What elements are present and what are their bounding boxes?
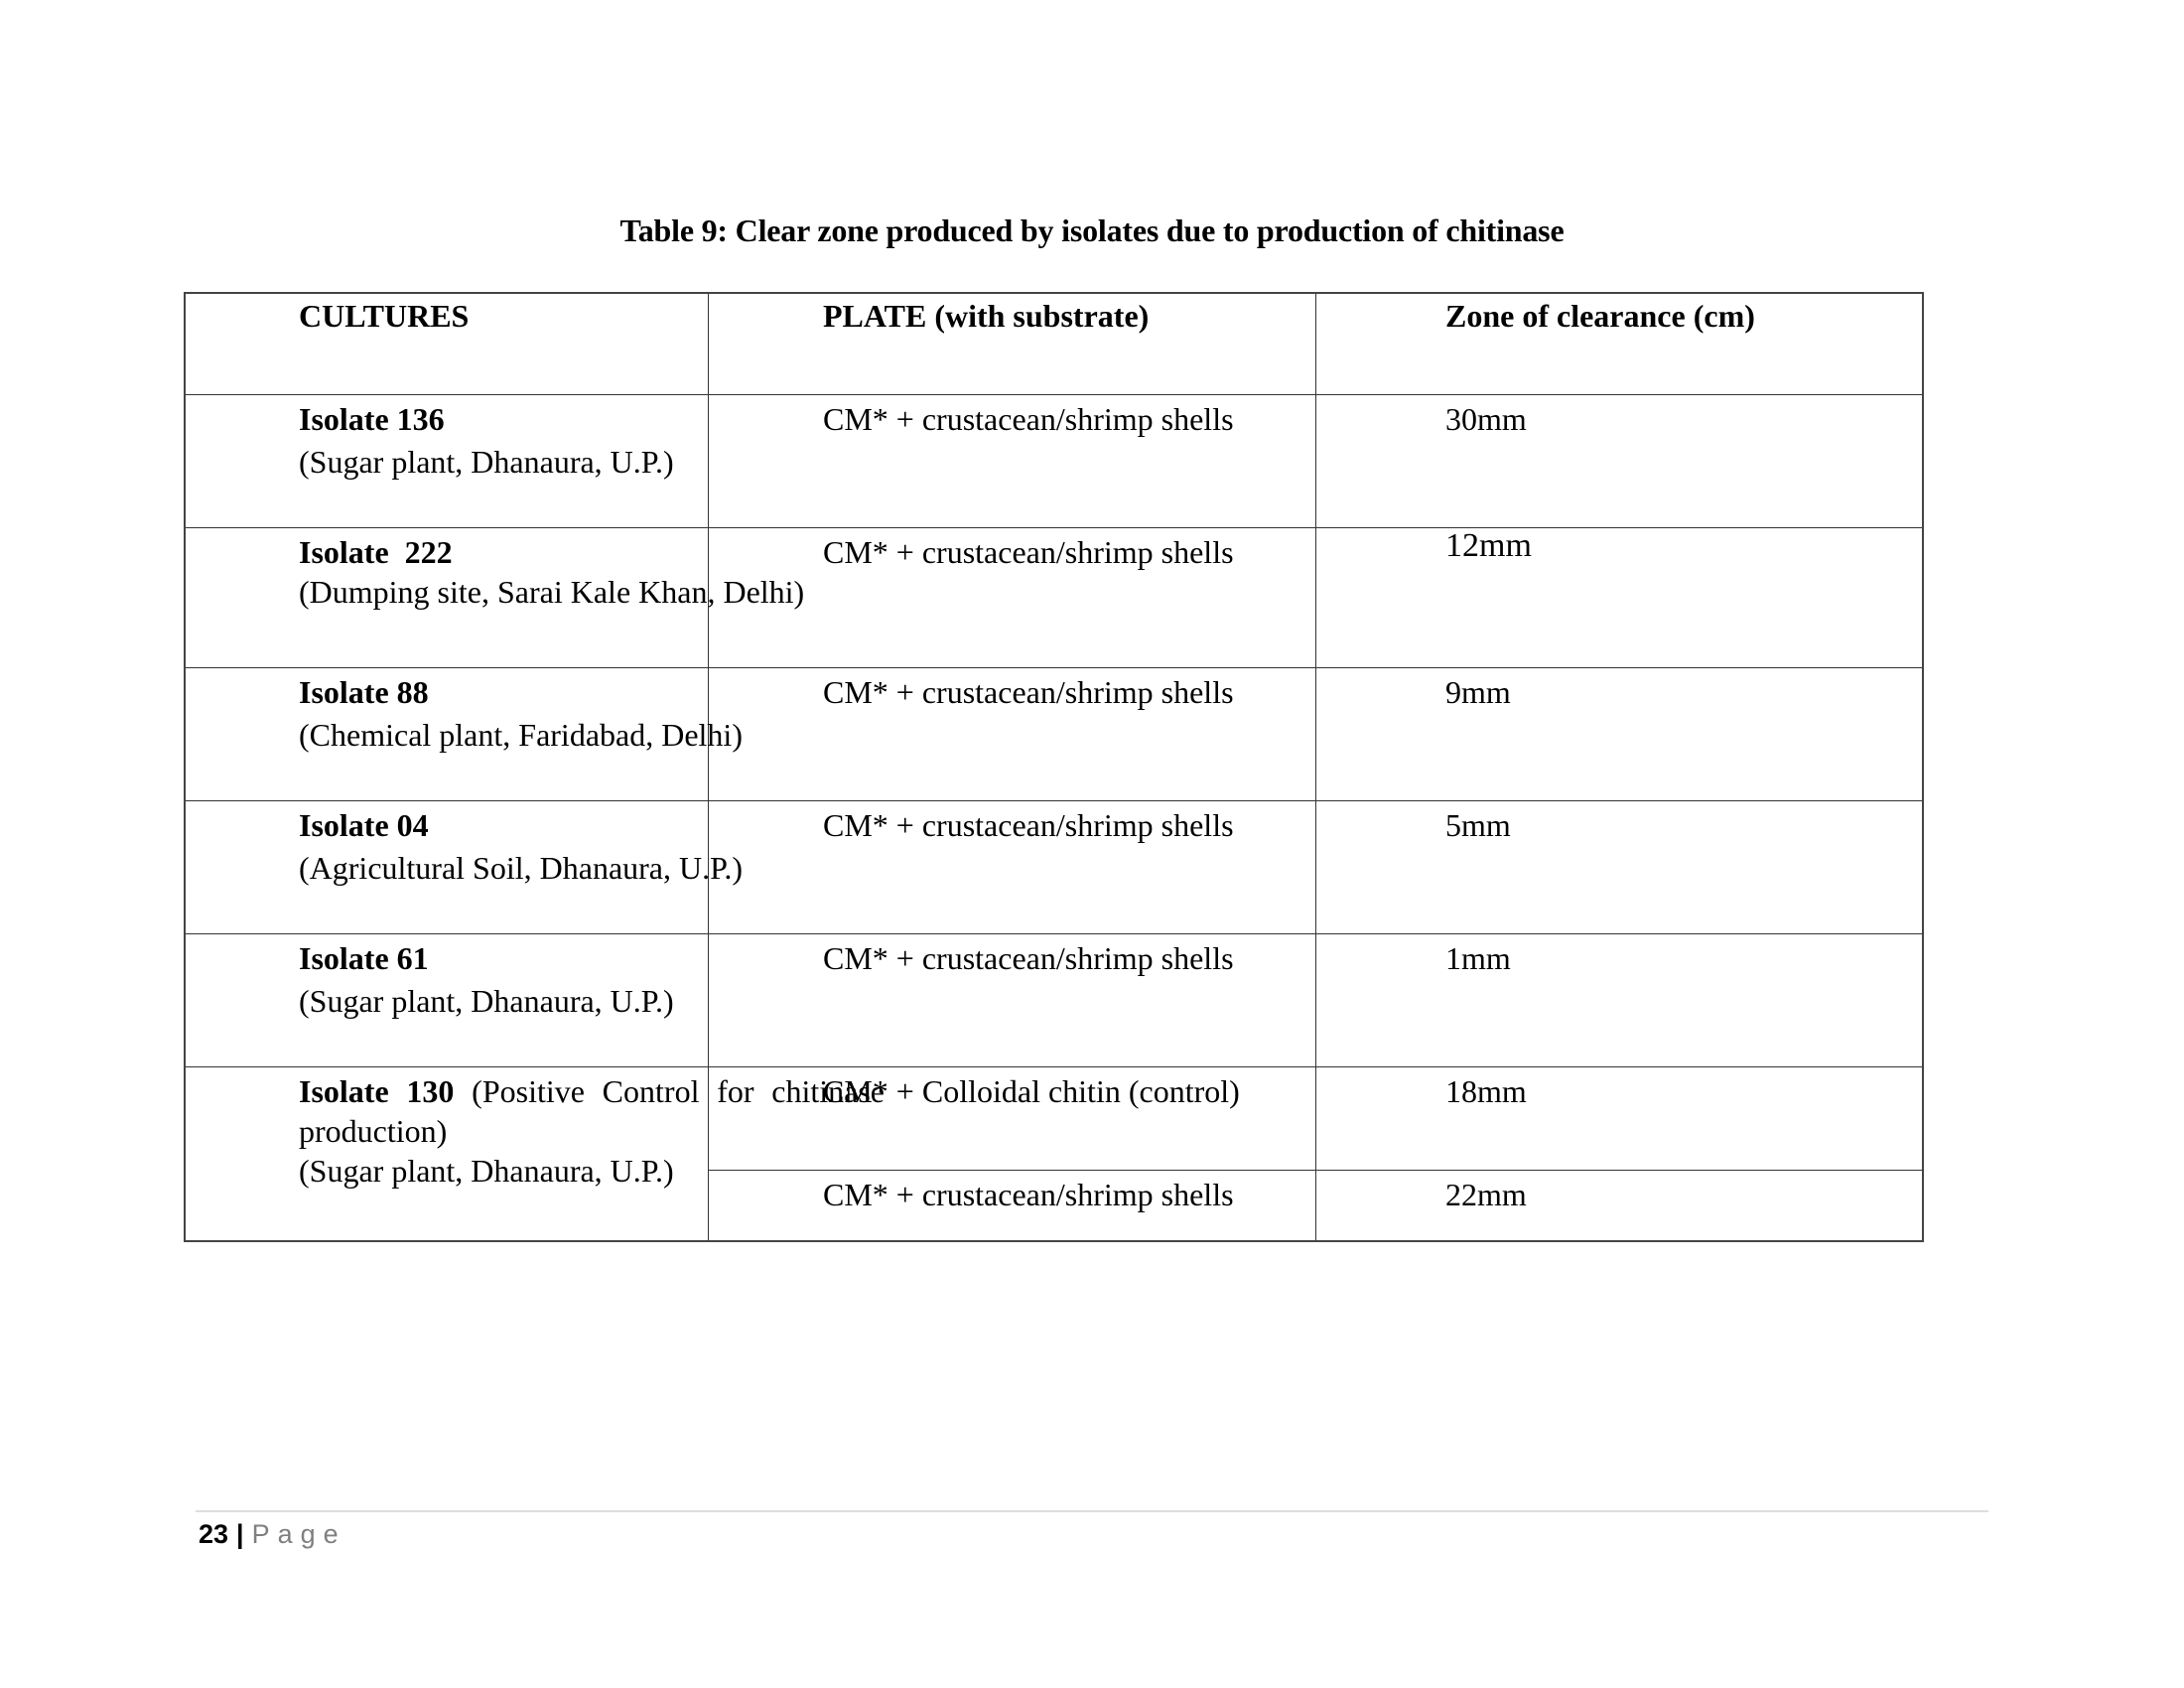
- row-divider: [186, 394, 1922, 395]
- isolate-name: Isolate 61: [299, 940, 429, 976]
- isolate-source: (Sugar plant, Dhanaura, U.P.): [299, 442, 885, 482]
- isolate-name: Isolate 136: [299, 401, 445, 437]
- table-row-plate: CM* + Colloidal chitin (control): [823, 1071, 1419, 1111]
- table-row-zone: 30mm: [1445, 399, 1843, 439]
- isolate-source: (Agricultural Soil, Dhanaura, U.P.): [299, 848, 885, 888]
- table-title: Table 9: Clear zone produced by isolates…: [0, 212, 2184, 249]
- table-row-zone: 22mm: [1445, 1175, 1843, 1214]
- table-row-plate: CM* + crustacean/shrimp shells: [823, 1175, 1419, 1214]
- row-divider: [186, 1066, 1922, 1067]
- table-row-zone: 1mm: [1445, 938, 1843, 978]
- isolate-source: (Sugar plant, Dhanaura, U.P.): [299, 1151, 885, 1191]
- table-row-culture: Isolate 222 (Dumping site, Sarai Kale Kh…: [299, 532, 885, 612]
- table-row-culture: Isolate 04 (Agricultural Soil, Dhanaura,…: [299, 805, 885, 888]
- table-row-plate: CM* + crustacean/shrimp shells: [823, 399, 1419, 439]
- footer-separator: |: [236, 1519, 244, 1549]
- page-number: 23: [199, 1519, 228, 1549]
- header-zone: Zone of clearance (cm): [1445, 296, 1843, 336]
- table-row-zone: 5mm: [1445, 805, 1843, 845]
- table-row-plate: CM* + crustacean/shrimp shells: [823, 672, 1419, 712]
- table-row-zone: 18mm: [1445, 1071, 1843, 1111]
- footer-divider: [196, 1510, 1988, 1512]
- header-plate: PLATE (with substrate): [823, 296, 1419, 336]
- table-row-culture: Isolate 130 (Positive Control for chitin…: [299, 1071, 885, 1191]
- table-row-culture: Isolate 136 (Sugar plant, Dhanaura, U.P.…: [299, 399, 885, 482]
- row-divider: [186, 667, 1922, 668]
- isolate-name: Isolate 222: [299, 534, 453, 570]
- isolate-source: (Sugar plant, Dhanaura, U.P.): [299, 981, 885, 1021]
- table-row-plate: CM* + crustacean/shrimp shells: [823, 805, 1419, 845]
- table-row-plate: CM* + crustacean/shrimp shells: [823, 938, 1419, 978]
- table-row-zone: 9mm: [1445, 672, 1843, 712]
- header-cultures: CULTURES: [299, 296, 885, 336]
- isolate-name: Isolate 130: [299, 1073, 454, 1109]
- table-row-plate: CM* + crustacean/shrimp shells: [823, 532, 1419, 572]
- chitinase-table: CULTURES PLATE (with substrate) Zone of …: [184, 292, 1924, 1242]
- table-row-culture: Isolate 61 (Sugar plant, Dhanaura, U.P.): [299, 938, 885, 1021]
- isolate-source: (Dumping site, Sarai Kale Khan, Delhi): [299, 572, 885, 612]
- table-row-zone: 12mm: [1445, 526, 1843, 566]
- isolate-name: Isolate 04: [299, 807, 429, 843]
- isolate-source: (Chemical plant, Faridabad, Delhi): [299, 715, 885, 755]
- table-row-culture: Isolate 88 (Chemical plant, Faridabad, D…: [299, 672, 885, 755]
- page-footer: 23|Page: [199, 1519, 346, 1550]
- row-divider: [186, 933, 1922, 934]
- page-label: Page: [252, 1519, 346, 1549]
- row-divider: [186, 800, 1922, 801]
- isolate-name: Isolate 88: [299, 674, 429, 710]
- sub-row-divider: [708, 1170, 1922, 1171]
